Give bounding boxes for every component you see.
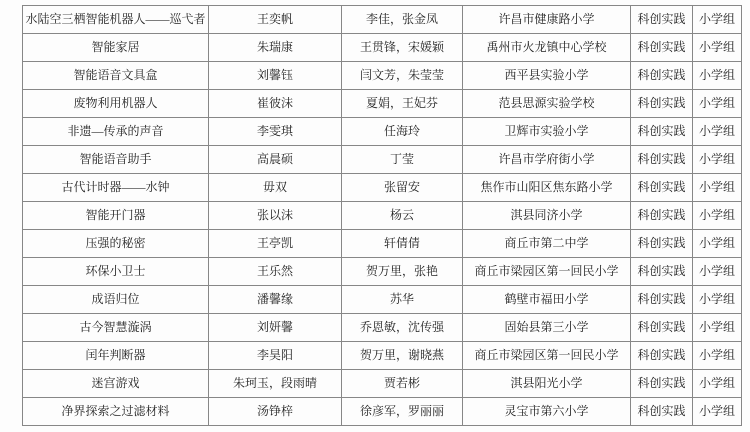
table-row: 闰年判断器 李昊阳 贺万里，谢晓燕 商丘市梁园区第一回民小学 科创实践 小学组 bbox=[23, 342, 742, 370]
cell-school-name: 灵宝市第六小学 bbox=[463, 398, 631, 426]
cell-school-name: 卫辉市实验小学 bbox=[463, 118, 631, 146]
cell-school-name: 鹤壁市福田小学 bbox=[463, 286, 631, 314]
cell-student-name: 李雯琪 bbox=[209, 118, 342, 146]
cell-category: 科创实践 bbox=[631, 118, 693, 146]
cell-teacher-names: 任海玲 bbox=[342, 118, 463, 146]
table-row: 成语归位 潘馨缘 苏华 鹤壁市福田小学 科创实践 小学组 bbox=[23, 286, 742, 314]
cell-student-name: 张以沫 bbox=[209, 202, 342, 230]
cell-school-name: 焦作市山阳区焦东路小学 bbox=[463, 174, 631, 202]
cell-project-name: 净界探索之过滤材料 bbox=[23, 398, 209, 426]
cell-school-name: 许昌市健康路小学 bbox=[463, 6, 631, 34]
table-row: 废物利用机器人 崔彼沫 夏娟，王妃芬 范县思源实验学校 科创实践 小学组 bbox=[23, 90, 742, 118]
cell-category: 科创实践 bbox=[631, 90, 693, 118]
cell-project-name: 古代计时器——水钟 bbox=[23, 174, 209, 202]
cell-project-name: 智能家居 bbox=[23, 34, 209, 62]
cell-group: 小学组 bbox=[693, 34, 742, 62]
cell-category: 科创实践 bbox=[631, 146, 693, 174]
cell-project-name: 智能语音文具盒 bbox=[23, 62, 209, 90]
cell-school-name: 禹州市火龙镇中心学校 bbox=[463, 34, 631, 62]
cell-teacher-names: 苏华 bbox=[342, 286, 463, 314]
cell-group: 小学组 bbox=[693, 118, 742, 146]
cell-student-name: 李昊阳 bbox=[209, 342, 342, 370]
cell-student-name: 毋双 bbox=[209, 174, 342, 202]
cell-teacher-names: 徐彦军，罗丽丽 bbox=[342, 398, 463, 426]
table-row: 非遗—传承的声音 李雯琪 任海玲 卫辉市实验小学 科创实践 小学组 bbox=[23, 118, 742, 146]
cell-group: 小学组 bbox=[693, 314, 742, 342]
cell-school-name: 商丘市梁园区第一回民小学 bbox=[463, 258, 631, 286]
cell-group: 小学组 bbox=[693, 286, 742, 314]
cell-student-name: 王亭凯 bbox=[209, 230, 342, 258]
cell-teacher-names: 夏娟，王妃芬 bbox=[342, 90, 463, 118]
cell-category: 科创实践 bbox=[631, 174, 693, 202]
table-row: 古代计时器——水钟 毋双 张留安 焦作市山阳区焦东路小学 科创实践 小学组 bbox=[23, 174, 742, 202]
cell-teacher-names: 王贯锋，宋媛颖 bbox=[342, 34, 463, 62]
table-row: 压强的秘密 王亭凯 轩倩倩 商丘市第二中学 科创实践 小学组 bbox=[23, 230, 742, 258]
cell-category: 科创实践 bbox=[631, 6, 693, 34]
cell-group: 小学组 bbox=[693, 202, 742, 230]
cell-school-name: 固始县第三小学 bbox=[463, 314, 631, 342]
cell-category: 科创实践 bbox=[631, 370, 693, 398]
cell-teacher-names: 贾若彬 bbox=[342, 370, 463, 398]
cell-group: 小学组 bbox=[693, 90, 742, 118]
cell-category: 科创实践 bbox=[631, 62, 693, 90]
cell-teacher-names: 李佳，张金凤 bbox=[342, 6, 463, 34]
cell-project-name: 智能开门器 bbox=[23, 202, 209, 230]
cell-student-name: 刘妍馨 bbox=[209, 314, 342, 342]
cell-group: 小学组 bbox=[693, 146, 742, 174]
cell-group: 小学组 bbox=[693, 342, 742, 370]
cell-school-name: 商丘市第二中学 bbox=[463, 230, 631, 258]
cell-group: 小学组 bbox=[693, 62, 742, 90]
cell-student-name: 崔彼沫 bbox=[209, 90, 342, 118]
table-row: 环保小卫士 王乐然 贺万里，张艳 商丘市梁园区第一回民小学 科创实践 小学组 bbox=[23, 258, 742, 286]
cell-group: 小学组 bbox=[693, 230, 742, 258]
cell-teacher-names: 闫文芳，朱莹莹 bbox=[342, 62, 463, 90]
table-row: 古今智慧漩涡 刘妍馨 乔恩敏，沈传强 固始县第三小学 科创实践 小学组 bbox=[23, 314, 742, 342]
cell-project-name: 闰年判断器 bbox=[23, 342, 209, 370]
cell-project-name: 废物利用机器人 bbox=[23, 90, 209, 118]
cell-student-name: 朱珂玉，段雨晴 bbox=[209, 370, 342, 398]
cell-category: 科创实践 bbox=[631, 314, 693, 342]
cell-project-name: 环保小卫士 bbox=[23, 258, 209, 286]
cell-project-name: 非遗—传承的声音 bbox=[23, 118, 209, 146]
cell-project-name: 迷宫游戏 bbox=[23, 370, 209, 398]
cell-project-name: 成语归位 bbox=[23, 286, 209, 314]
cell-school-name: 西平县实验小学 bbox=[463, 62, 631, 90]
cell-student-name: 汤铮梓 bbox=[209, 398, 342, 426]
cell-project-name: 智能语音助手 bbox=[23, 146, 209, 174]
cell-school-name: 范县思源实验学校 bbox=[463, 90, 631, 118]
table-row: 迷宫游戏 朱珂玉，段雨晴 贾若彬 淇县阳光小学 科创实践 小学组 bbox=[23, 370, 742, 398]
cell-category: 科创实践 bbox=[631, 34, 693, 62]
cell-teacher-names: 张留安 bbox=[342, 174, 463, 202]
cell-school-name: 淇县同济小学 bbox=[463, 202, 631, 230]
cell-project-name: 古今智慧漩涡 bbox=[23, 314, 209, 342]
cell-teacher-names: 贺万里，张艳 bbox=[342, 258, 463, 286]
cell-school-name: 淇县阳光小学 bbox=[463, 370, 631, 398]
cell-teacher-names: 乔恩敏，沈传强 bbox=[342, 314, 463, 342]
cell-teacher-names: 轩倩倩 bbox=[342, 230, 463, 258]
award-table-body: 水陆空三栖智能机器人——巡弋者 王奕帆 李佳，张金凤 许昌市健康路小学 科创实践… bbox=[23, 6, 742, 426]
cell-category: 科创实践 bbox=[631, 398, 693, 426]
cell-teacher-names: 贺万里，谢晓燕 bbox=[342, 342, 463, 370]
cell-student-name: 王乐然 bbox=[209, 258, 342, 286]
cell-teacher-names: 丁莹 bbox=[342, 146, 463, 174]
table-row: 智能开门器 张以沫 杨云 淇县同济小学 科创实践 小学组 bbox=[23, 202, 742, 230]
cell-group: 小学组 bbox=[693, 398, 742, 426]
cell-group: 小学组 bbox=[693, 370, 742, 398]
cell-category: 科创实践 bbox=[631, 342, 693, 370]
cell-category: 科创实践 bbox=[631, 258, 693, 286]
cell-project-name: 压强的秘密 bbox=[23, 230, 209, 258]
table-row: 智能语音文具盒 刘馨钰 闫文芳，朱莹莹 西平县实验小学 科创实践 小学组 bbox=[23, 62, 742, 90]
cell-school-name: 许昌市学府街小学 bbox=[463, 146, 631, 174]
cell-teacher-names: 杨云 bbox=[342, 202, 463, 230]
cell-student-name: 潘馨缘 bbox=[209, 286, 342, 314]
cell-category: 科创实践 bbox=[631, 202, 693, 230]
table-row: 水陆空三栖智能机器人——巡弋者 王奕帆 李佳，张金凤 许昌市健康路小学 科创实践… bbox=[23, 6, 742, 34]
award-list-table: 水陆空三栖智能机器人——巡弋者 王奕帆 李佳，张金凤 许昌市健康路小学 科创实践… bbox=[22, 5, 742, 426]
table-row: 智能语音助手 高晨硕 丁莹 许昌市学府街小学 科创实践 小学组 bbox=[23, 146, 742, 174]
cell-school-name: 商丘市梁园区第一回民小学 bbox=[463, 342, 631, 370]
cell-group: 小学组 bbox=[693, 6, 742, 34]
cell-group: 小学组 bbox=[693, 258, 742, 286]
cell-category: 科创实践 bbox=[631, 286, 693, 314]
table-row: 净界探索之过滤材料 汤铮梓 徐彦军，罗丽丽 灵宝市第六小学 科创实践 小学组 bbox=[23, 398, 742, 426]
cell-student-name: 高晨硕 bbox=[209, 146, 342, 174]
table-row: 智能家居 朱瑞康 王贯锋，宋媛颖 禹州市火龙镇中心学校 科创实践 小学组 bbox=[23, 34, 742, 62]
cell-student-name: 朱瑞康 bbox=[209, 34, 342, 62]
cell-student-name: 王奕帆 bbox=[209, 6, 342, 34]
cell-project-name: 水陆空三栖智能机器人——巡弋者 bbox=[23, 6, 209, 34]
cell-student-name: 刘馨钰 bbox=[209, 62, 342, 90]
cell-category: 科创实践 bbox=[631, 230, 693, 258]
cell-group: 小学组 bbox=[693, 174, 742, 202]
